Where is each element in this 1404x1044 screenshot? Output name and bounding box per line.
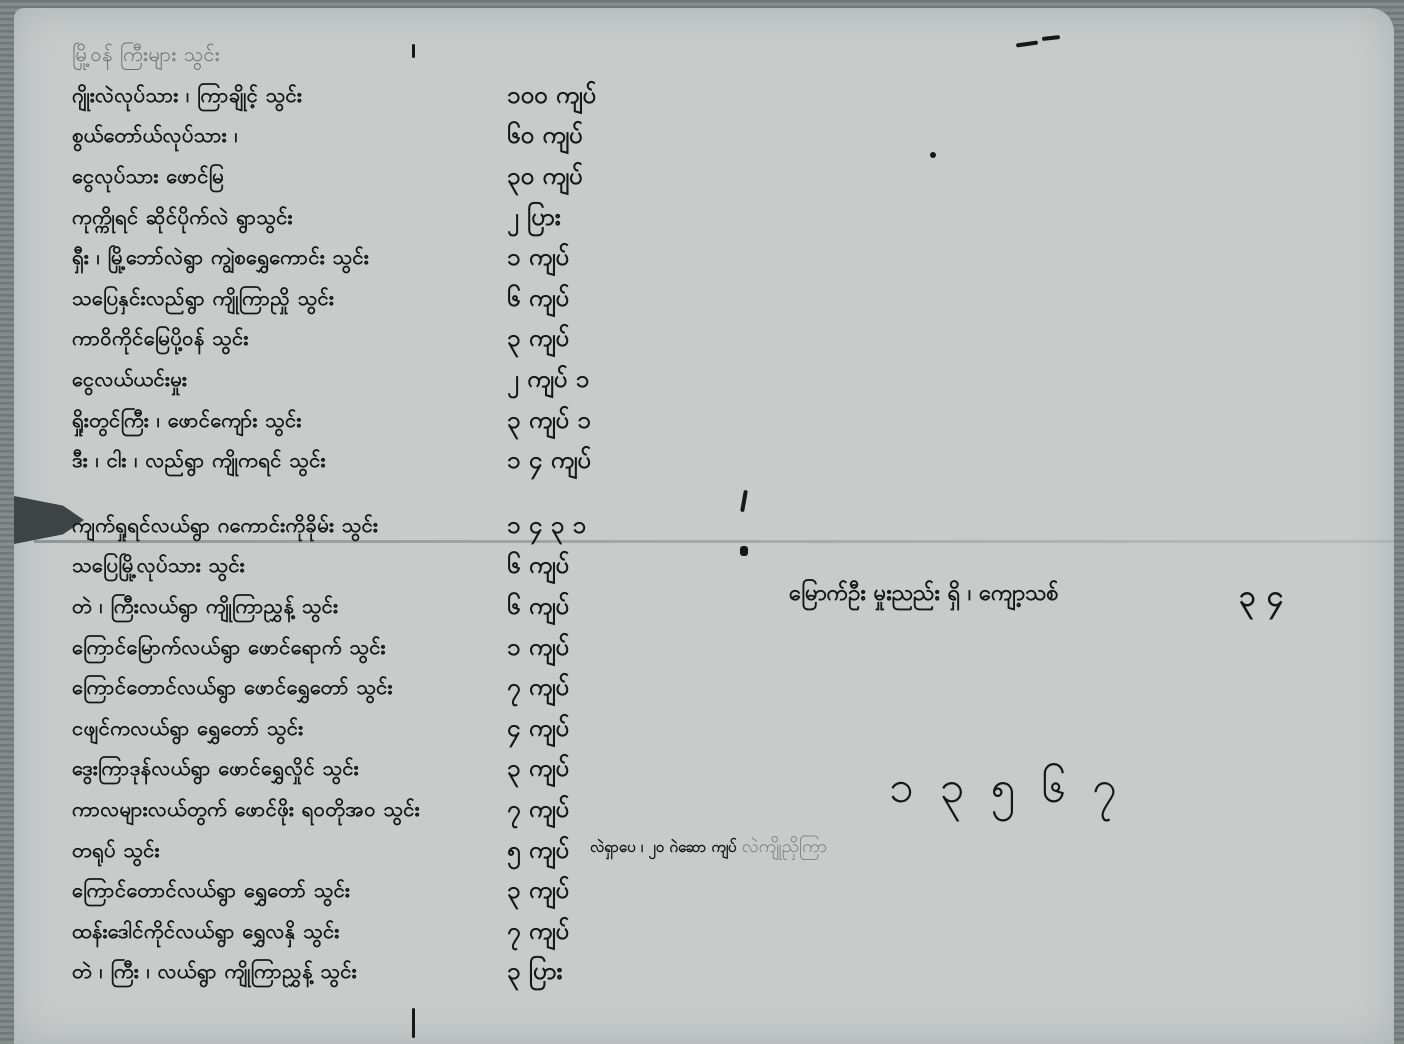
ink-mark <box>1016 40 1038 47</box>
ink-mark <box>930 152 936 158</box>
row-item: ကြောင်မြောက်လယ်ရွာ ဖောင်ရောက် သွင်း <box>72 634 502 664</box>
row-item: ဂျိုးလဲလုပ်သား ၊ ကြာချိုင့် သွင်း <box>72 82 502 112</box>
ledger-row: ကြောင်တောင်လယ်ရွာ ရွှေတော် သွင်း ၃ ကျပ် <box>72 872 592 913</box>
ink-mark <box>1042 35 1060 41</box>
ledger-row: တဲ ၊ ကြီးလယ်ရွာ ကျိုကြာညွှန့် သွင်း ၆ ကျ… <box>72 588 592 629</box>
row-amount: ၃ ပြား <box>507 955 563 991</box>
row-item: ငဖျင်ကလယ်ရွာ ရွှေတော် သွင်း <box>72 715 502 745</box>
row-amount: ၆ ကျပ် <box>507 590 569 626</box>
row-amount: ၁ ကျပ် <box>507 631 569 667</box>
row-amount: ၇ ကျပ် <box>507 915 569 951</box>
row-amount: ၆ ကျပ် <box>507 282 569 318</box>
row-amount: ၄ ကျပ် <box>507 712 569 748</box>
footnote-text: လဲရှာပေ ၊ ၂၀ ဂဲဆော ကျပ် <box>590 838 737 856</box>
ledger-row: ကုက္ကိုရင် ဆိုင်ပိုက်လဲ ရွာသွင်း ၂ ပြား <box>72 198 592 239</box>
row-amount: ၅ ကျပ် <box>507 834 569 870</box>
row-amount: ၇ ကျပ် <box>507 793 569 829</box>
row-amount: ၃ ကျပ် <box>507 752 569 788</box>
ledger-row: ကာလများလယ်တွက် ဖောင်ဖိုး ရဝတိုအဝ သွင်း ၇… <box>72 791 592 832</box>
scanned-manuscript: မြို့ဝန် ကြီးများ သွင်း ဂျိုးလဲလုပ်သား ၊… <box>0 0 1404 1044</box>
ledger-row: ဒွေးကြာဒုန်လယ်ရွာ ဖောင်ရွှေလှိုင် သွင်း … <box>72 750 592 791</box>
row-item: ငွေလယ်ယင်းမှုး <box>72 366 502 396</box>
total-value: ၁ ၃ ၅ ၆ ၇ <box>889 760 1123 824</box>
ledger-row: ကြောင်တောင်လယ်ရွာ ဖောင်ရွှေတော် သွင်း ၇ … <box>72 669 592 710</box>
row-item: သပြေမြို့လုပ်သား သွင်း <box>72 552 502 582</box>
ink-mark <box>412 44 415 58</box>
row-amount: ၆ ကျပ် <box>507 549 569 585</box>
row-amount: ၂ ပြား <box>507 201 561 237</box>
row-amount: ၇ ကျပ် <box>507 671 569 707</box>
ledger-list: မြို့ဝန် ကြီးများ သွင်း ဂျိုးလဲလုပ်သား ၊… <box>72 36 592 994</box>
row-item: ဒွေးကြာဒုန်လယ်ရွာ ဖောင်ရွှေလှိုင် သွင်း <box>72 755 502 785</box>
ink-mark <box>740 490 748 512</box>
row-amount: ၁ ကျပ် <box>507 241 569 277</box>
row-item: ကျက်ရှုရင်လယ်ရွာ ဂကောင်းကိုခိုမ်း သွင်း <box>72 512 502 542</box>
ledger-row: ကျက်ရှုရင်လယ်ရွာ ဂကောင်းကိုခိုမ်း သွင်း … <box>72 507 592 548</box>
ledger-row: စွယ်တော်ယ်လုပ်သား ၊ ၆၀ ကျပ် <box>72 117 592 158</box>
row-amount: ၆၀ ကျပ် <box>507 119 583 155</box>
ink-mark <box>740 546 748 556</box>
ledger-row: တဲ ၊ ကြီး ၊ လယ်ရွာ ကျိုကြာညွှန့် သွင်း ၃… <box>72 953 592 994</box>
row-amount: ၃ ကျပ် <box>507 322 569 358</box>
row-item: ရှီး ၊ မြို့ဘော်လဲရွာ ကျွဲစရွှေကောင်း သွ… <box>72 244 502 274</box>
ledger-row: ဒီး ၊ ငါး ၊ လည်ရွာ ကျိုကရင် သွင်း ၁ ၄ ကျ… <box>72 442 592 483</box>
footnote: လဲရှာပေ ၊ ၂၀ ဂဲဆော ကျပ် လဲကျိုညှိကြာ <box>590 834 827 861</box>
row-amount: ၃၀ ကျပ် <box>507 160 583 196</box>
header-line: မြို့ဝန် ကြီးများ သွင်း <box>72 41 502 71</box>
ledger-row: ကာဝိကိုင်မြေပို့ဝန် သွင်း ၃ ကျပ် <box>72 320 592 361</box>
ledger-row: ရှီး ၊ မြို့ဘော်လဲရွာ ကျွဲစရွှေကောင်း သွ… <box>72 239 592 280</box>
ledger-row: ငွေလုပ်သား ဖောင်မြ ၃၀ ကျပ် <box>72 158 592 199</box>
row-item: စွယ်တော်ယ်လုပ်သား ၊ <box>72 122 502 152</box>
ledger-row: ထန်းဒေါင်ကိုင်လယ်ရွာ ရွှေလနှိ သွင်း ၇ ကျ… <box>72 912 592 953</box>
row-amount: ၃ ကျပ် <box>507 874 569 910</box>
ledger-header: မြို့ဝန် ကြီးများ သွင်း <box>72 36 592 77</box>
row-amount: ၁၀၀ ကျပ် <box>507 79 596 115</box>
ledger-row: ငွေလယ်ယင်းမှုး ၂ ကျပ် ၁ <box>72 361 592 402</box>
side-note-value: ၃ ၄ <box>1239 576 1283 621</box>
ledger-row: ငဖျင်ကလယ်ရွာ ရွှေတော် သွင်း ၄ ကျပ် <box>72 710 592 751</box>
ledger-row: သပြေနှင်းလည်ရွာ ကျိုကြာညှို သွင်း ၆ ကျပ် <box>72 280 592 321</box>
row-amount: ၃ ကျပ် ၁ <box>507 404 591 440</box>
row-item: သပြေနှင်းလည်ရွာ ကျိုကြာညှို သွင်း <box>72 285 502 315</box>
row-item: တဲ ၊ ကြီးလယ်ရွာ ကျိုကြာညွှန့် သွင်း <box>72 593 502 623</box>
row-item: တဲ ၊ ကြီး ၊ လယ်ရွာ ကျိုကြာညွှန့် သွင်း <box>72 958 502 988</box>
ink-mark <box>412 1008 415 1038</box>
paper-sheet: မြို့ဝန် ကြီးများ သွင်း ဂျိုးလဲလုပ်သား ၊… <box>14 8 1394 1044</box>
ledger-row: ဂျိုးလဲလုပ်သား ၊ ကြာချိုင့် သွင်း ၁၀၀ ကျ… <box>72 77 592 118</box>
footnote-faint-text: လဲကျိုညှိကြာ <box>742 836 827 857</box>
ledger-row: သပြေမြို့လုပ်သား သွင်း ၆ ကျပ် <box>72 547 592 588</box>
row-item: ကာဝိကိုင်မြေပို့ဝန် သွင်း <box>72 325 502 355</box>
row-item: ကြောင်တောင်လယ်ရွာ ရွှေတော် သွင်း <box>72 877 502 907</box>
ledger-row: ရှိုးတွင်ကြီး ၊ ဖောင်ကျော်း သွင်း ၃ ကျပ်… <box>72 401 592 442</box>
ledger-row: တရုပ် သွင်း ၅ ကျပ် <box>72 831 592 872</box>
row-amount: ၁ ၄ ကျပ် <box>507 444 591 480</box>
row-item: ဒီး ၊ ငါး ၊ လည်ရွာ ကျိုကရင် သွင်း <box>72 447 502 477</box>
row-item: တရုပ် သွင်း <box>72 837 502 867</box>
row-item: ကာလများလယ်တွက် ဖောင်ဖိုး ရဝတိုအဝ သွင်း <box>72 796 502 826</box>
row-item: ထန်းဒေါင်ကိုင်လယ်ရွာ ရွှေလနှိ သွင်း <box>72 918 502 948</box>
ledger-row: ကြောင်မြောက်လယ်ရွာ ဖောင်ရောက် သွင်း ၁ ကျ… <box>72 628 592 669</box>
side-note: မြောက်ဦး မှုးညည်း ရှိ ၊ ကျော့သစ် <box>789 578 1059 611</box>
row-amount: ၁ ၄ ၃ ၁ <box>507 509 586 545</box>
row-item: ငွေလုပ်သား ဖောင်မြ <box>72 163 502 193</box>
row-item: ကုက္ကိုရင် ဆိုင်ပိုက်လဲ ရွာသွင်း <box>72 204 502 234</box>
row-amount: ၂ ကျပ် ၁ <box>507 363 589 399</box>
row-item: ကြောင်တောင်လယ်ရွာ ဖောင်ရွှေတော် သွင်း <box>72 674 502 704</box>
row-item: ရှိုးတွင်ကြီး ၊ ဖောင်ကျော်း သွင်း <box>72 407 502 437</box>
